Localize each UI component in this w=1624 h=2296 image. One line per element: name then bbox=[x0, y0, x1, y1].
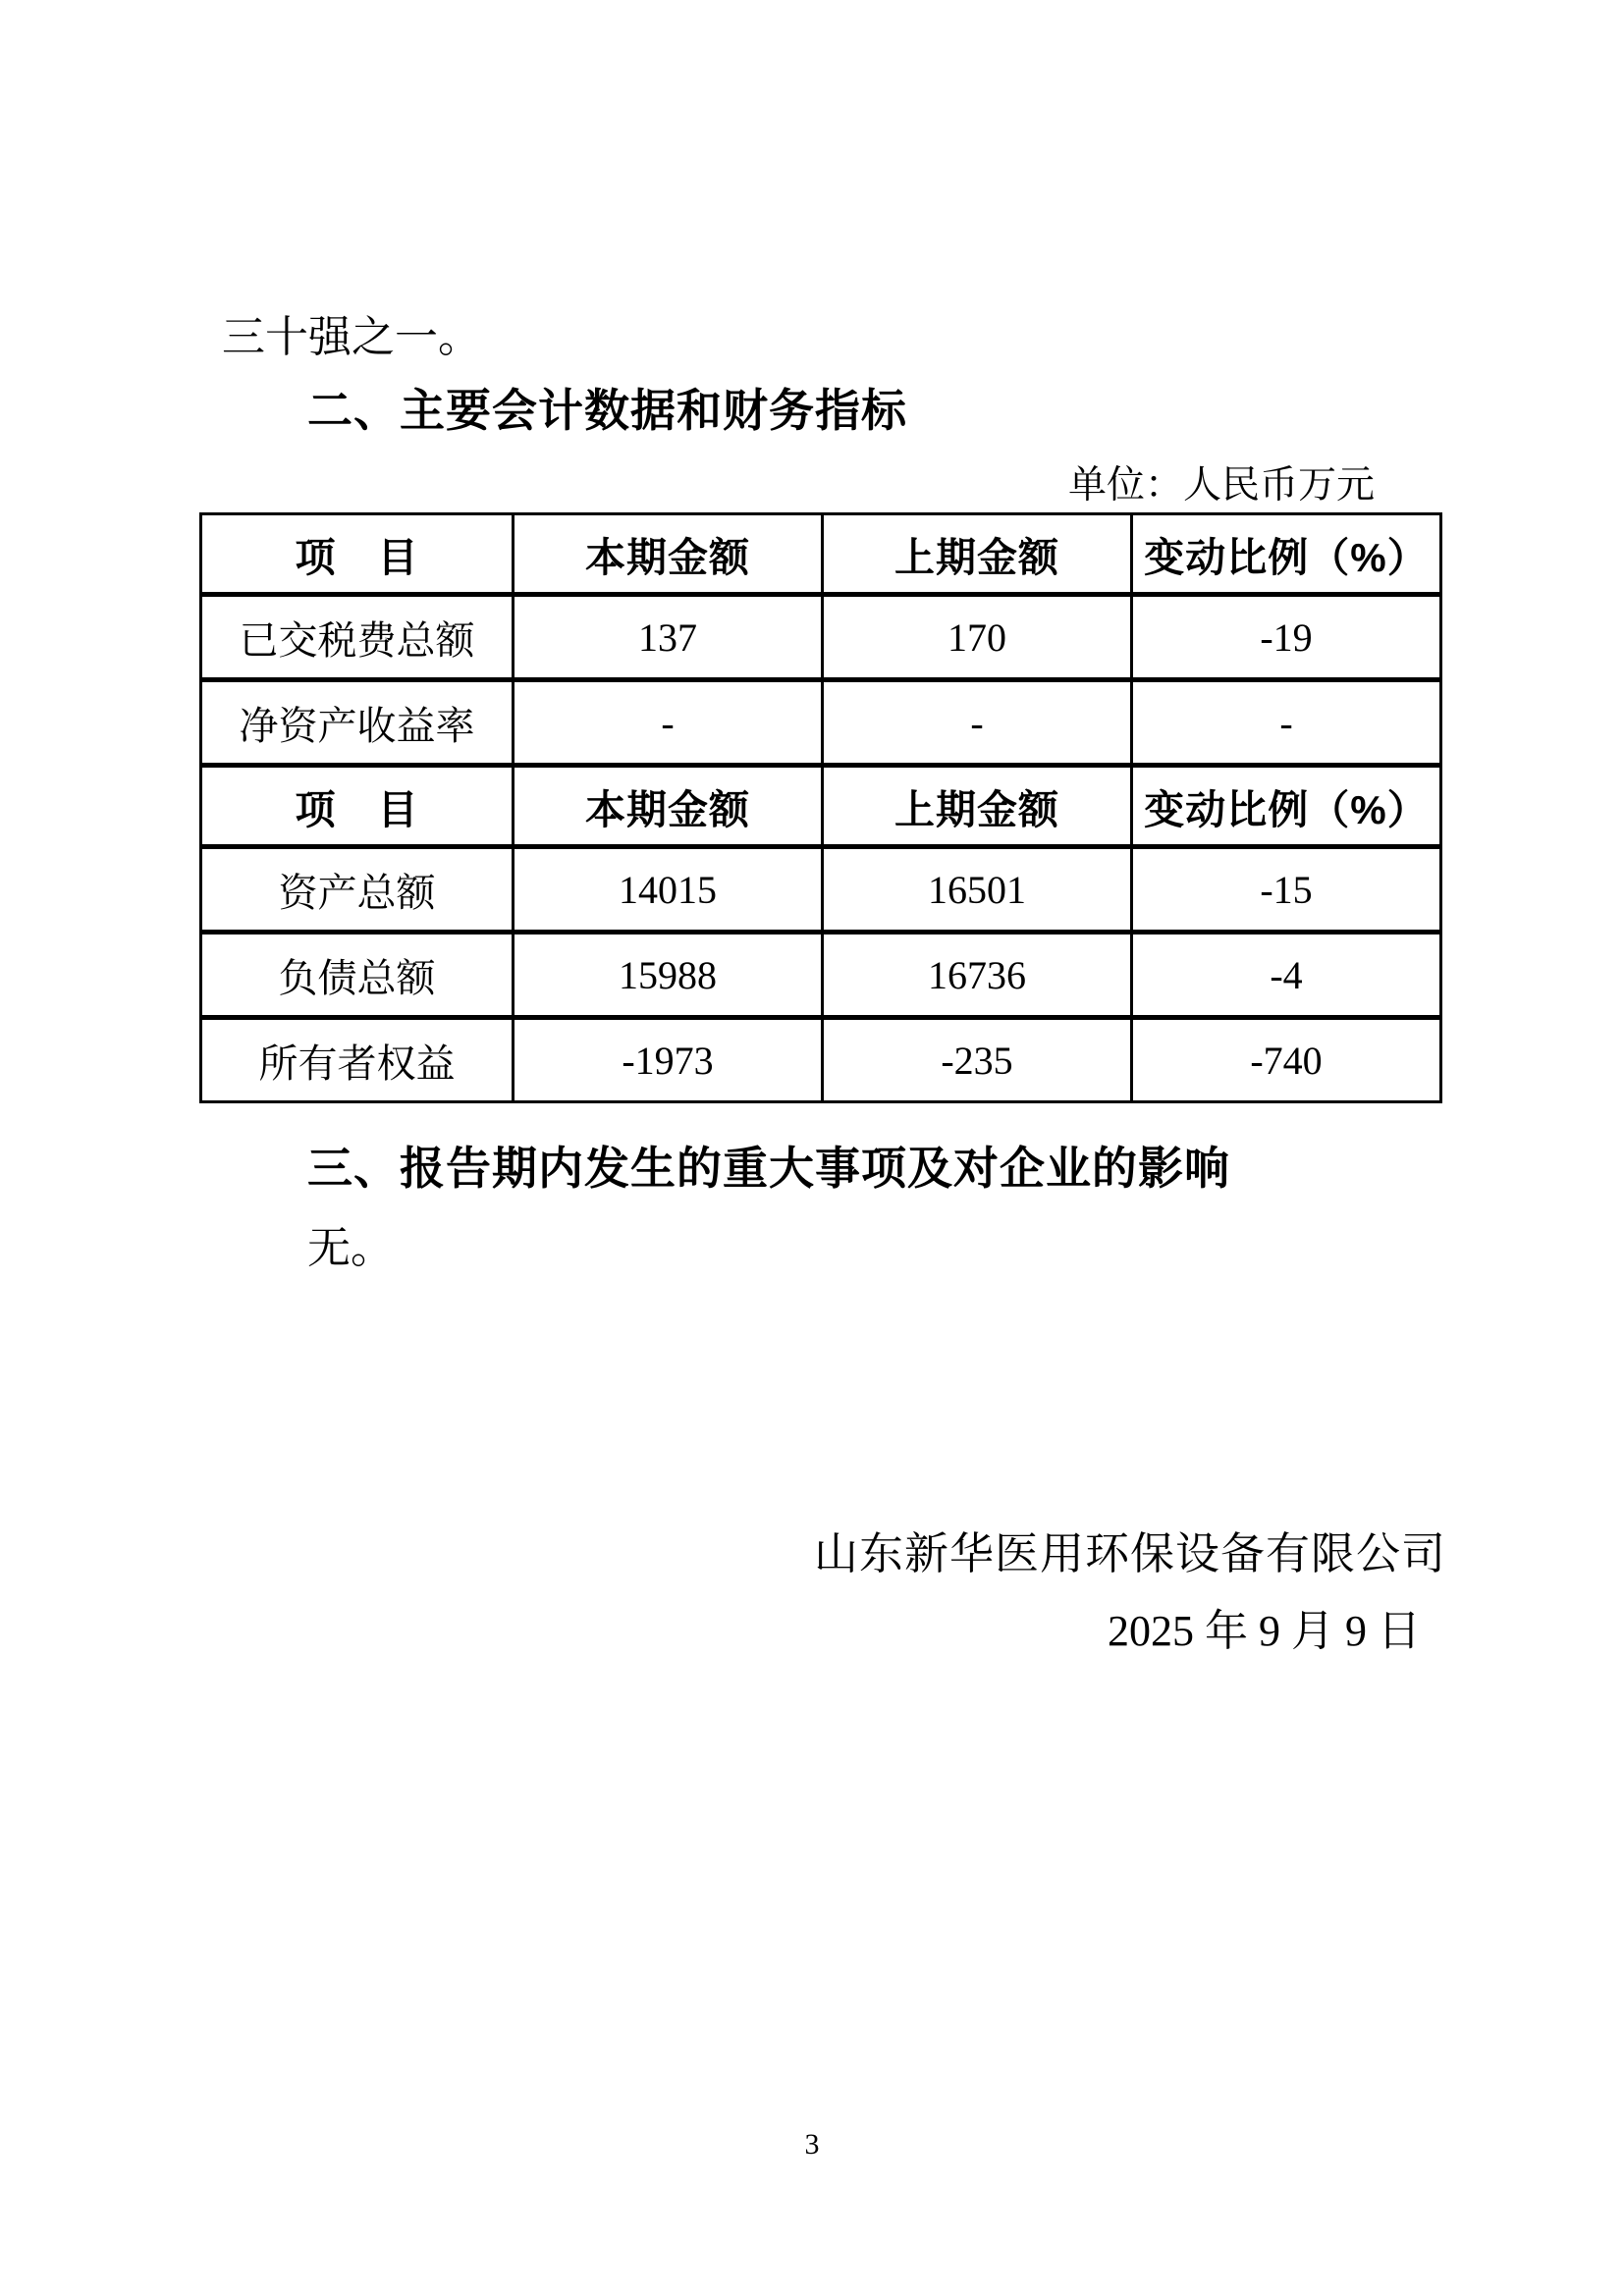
row-label: 已交税费总额 bbox=[201, 595, 514, 680]
value-prior: - bbox=[823, 680, 1132, 766]
row-label: 净资产收益率 bbox=[201, 680, 514, 766]
value-change: -740 bbox=[1132, 1018, 1441, 1102]
value-change: -15 bbox=[1132, 847, 1441, 933]
row-label: 负债总额 bbox=[201, 933, 514, 1018]
value-prior: 16736 bbox=[823, 933, 1132, 1018]
section2-heading: 二、主要会计数据和财务指标 bbox=[307, 385, 907, 437]
table-row-total-liabilities: 负债总额 15988 16736 -4 bbox=[201, 933, 1441, 1018]
value-prior: 170 bbox=[823, 595, 1132, 680]
value-prior: -235 bbox=[823, 1018, 1132, 1102]
table-row-roe: 净资产收益率 - - - bbox=[201, 680, 1441, 766]
table-header-row: 项 目 本期金额 上期金额 变动比例（%） bbox=[201, 514, 1441, 595]
value-change: -19 bbox=[1132, 595, 1441, 680]
header-cell-change: 变动比例（%） bbox=[1132, 766, 1441, 847]
value-current: 137 bbox=[514, 595, 823, 680]
header-cell-prior: 上期金额 bbox=[823, 766, 1132, 847]
row-label: 资产总额 bbox=[201, 847, 514, 933]
signature-company: 山东新华医用环保设备有限公司 bbox=[814, 1527, 1446, 1580]
table-row-taxes-paid: 已交税费总额 137 170 -19 bbox=[201, 595, 1441, 680]
value-change: -4 bbox=[1132, 933, 1441, 1018]
financial-indicators-table: 项 目 本期金额 上期金额 变动比例（%） 已交税费总额 137 170 -19… bbox=[199, 512, 1442, 1103]
signature-date: 2025 年 9 月 9 日 bbox=[1108, 1606, 1421, 1658]
value-current: 15988 bbox=[514, 933, 823, 1018]
table-row-owners-equity: 所有者权益 -1973 -235 -740 bbox=[201, 1018, 1441, 1102]
row-label: 所有者权益 bbox=[201, 1018, 514, 1102]
section3-body: 无。 bbox=[307, 1223, 394, 1275]
header-cell-current: 本期金额 bbox=[514, 766, 823, 847]
table-header-row-2: 项 目 本期金额 上期金额 变动比例（%） bbox=[201, 766, 1441, 847]
table-row-total-assets: 资产总额 14015 16501 -15 bbox=[201, 847, 1441, 933]
section3-heading: 三、报告期内发生的重大事项及对企业的影响 bbox=[307, 1143, 1230, 1195]
header-cell-current: 本期金额 bbox=[514, 514, 823, 595]
page-number: 3 bbox=[0, 2128, 1624, 2162]
value-prior: 16501 bbox=[823, 847, 1132, 933]
header-cell-change: 变动比例（%） bbox=[1132, 514, 1441, 595]
document-page: 三十强之一。 二、主要会计数据和财务指标 单位：人民币万元 项 目 本期金额 上… bbox=[0, 0, 1624, 2296]
value-change: - bbox=[1132, 680, 1441, 766]
value-current: 14015 bbox=[514, 847, 823, 933]
intro-paragraph-tail: 三十强之一。 bbox=[222, 312, 481, 364]
unit-note: 单位：人民币万元 bbox=[1068, 463, 1375, 509]
value-current: -1973 bbox=[514, 1018, 823, 1102]
header-cell-item: 项 目 bbox=[201, 514, 514, 595]
value-current: - bbox=[514, 680, 823, 766]
header-cell-prior: 上期金额 bbox=[823, 514, 1132, 595]
header-cell-item: 项 目 bbox=[201, 766, 514, 847]
